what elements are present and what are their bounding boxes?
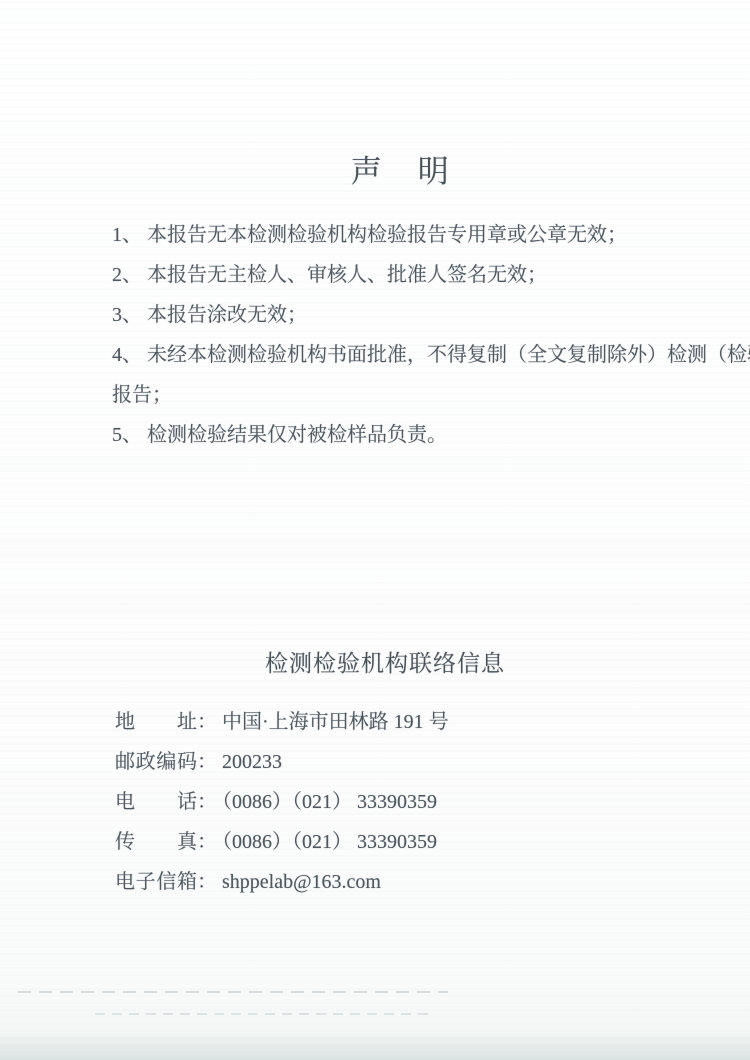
contact-row-fax: 传真：（0086）（021） 33390359 bbox=[115, 822, 449, 862]
declaration-item-4-line-2: 报告； bbox=[112, 375, 672, 415]
declaration-item-1: 1、 本报告无本检测检验机构检验报告专用章或公章无效； bbox=[112, 215, 672, 255]
contact-label-fax: 传真 bbox=[115, 822, 197, 862]
scan-artifact-streak bbox=[18, 991, 448, 993]
contact-label-address: 地址 bbox=[115, 702, 197, 742]
declaration-title: 声 明 bbox=[26, 146, 750, 191]
contact-section-heading: 检测检验机构联络信息 bbox=[10, 645, 750, 678]
declaration-item-5: 5、 检测检验结果仅对被检样品负责。 bbox=[112, 415, 672, 455]
scan-artifact-streak bbox=[95, 1013, 430, 1015]
contact-label-postal-code: 邮政编码 bbox=[115, 742, 197, 782]
scanned-document-page: 声 明 1、 本报告无本检测检验机构检验报告专用章或公章无效； 2、 本报告无主… bbox=[0, 0, 750, 1060]
scan-artifact-bottom-band bbox=[0, 1030, 750, 1060]
contact-label-phone: 电话 bbox=[115, 782, 197, 822]
contact-value-address: 中国·上海市田林路 191 号 bbox=[222, 711, 449, 733]
contact-row-phone: 电话：（0086）（021） 33390359 bbox=[115, 782, 449, 822]
declaration-item-2: 2、 本报告无主检人、审核人、批准人签名无效； bbox=[112, 255, 672, 295]
contact-value-phone: （0086）（021） 33390359 bbox=[222, 791, 437, 813]
contact-colon: ： bbox=[197, 791, 217, 813]
contact-colon: ： bbox=[197, 831, 217, 853]
contact-value-email: shppelab@163.com bbox=[222, 871, 381, 893]
declaration-item-3: 3、 本报告涂改无效； bbox=[112, 295, 672, 335]
contact-label-email: 电子信箱 bbox=[115, 862, 197, 902]
contact-row-address: 地址：中国·上海市田林路 191 号 bbox=[115, 702, 449, 742]
contact-colon: ： bbox=[197, 751, 217, 773]
contact-colon: ： bbox=[197, 871, 217, 893]
declaration-item-4-line-1: 4、 未经本检测检验机构书面批准，不得复制（全文复制除外）检测（检验） bbox=[112, 335, 672, 375]
contact-info-block: 地址：中国·上海市田林路 191 号 邮政编码：200233 电话：（0086）… bbox=[115, 702, 449, 902]
contact-value-postal-code: 200233 bbox=[222, 751, 282, 773]
declaration-list: 1、 本报告无本检测检验机构检验报告专用章或公章无效； 2、 本报告无主检人、审… bbox=[112, 215, 672, 455]
contact-value-fax: （0086）（021） 33390359 bbox=[222, 831, 437, 853]
contact-colon: ： bbox=[197, 711, 217, 733]
contact-row-postal-code: 邮政编码：200233 bbox=[115, 742, 449, 782]
contact-row-email: 电子信箱：shppelab@163.com bbox=[115, 862, 449, 902]
